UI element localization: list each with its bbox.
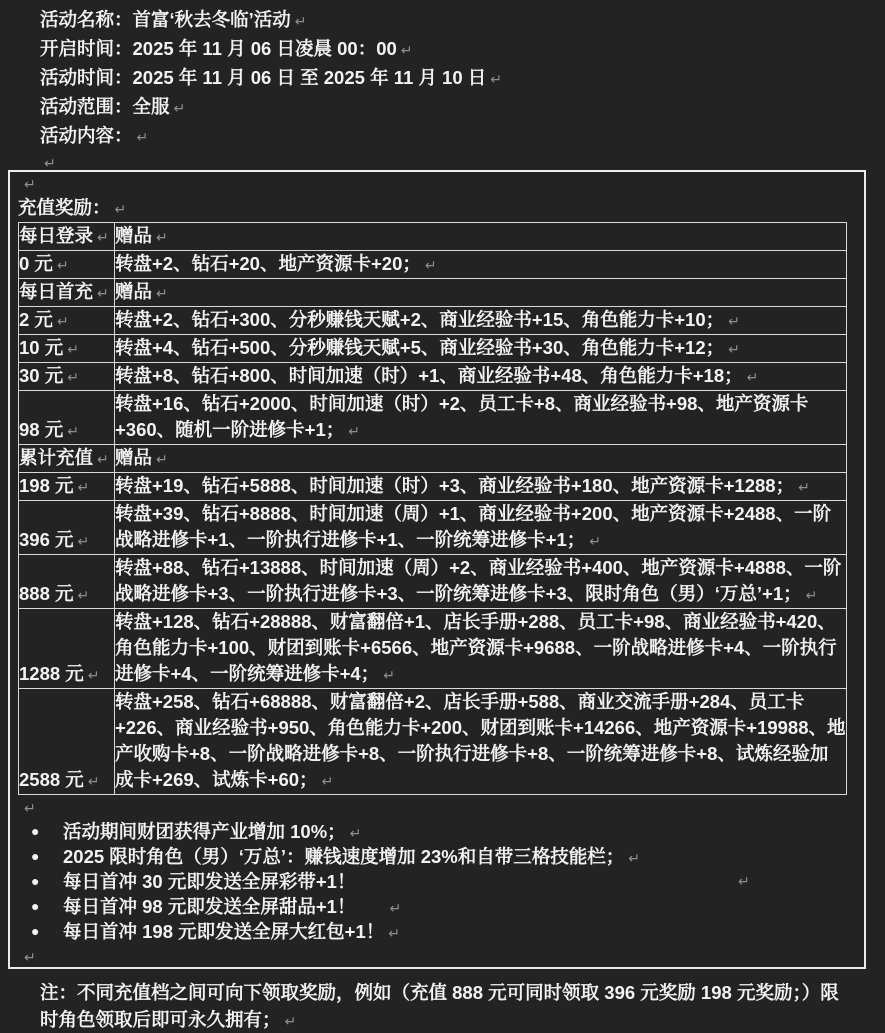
gift-cell: 赠品↵ xyxy=(115,223,847,251)
price-text: 累计充值 xyxy=(19,447,93,468)
table-row: 10 元↵转盘+4、钻石+500、分秒赚钱天赋+5、商业经验书+30、角色能力卡… xyxy=(19,335,847,363)
gift-text: 转盘+8、钻石+800、时间加速（时）+1、商业经验书+48、角色能力卡+18； xyxy=(115,365,743,386)
line-break-mark: ↵ xyxy=(388,925,400,941)
price-text: 1288 元 xyxy=(19,663,84,684)
line-break-mark: ↵ xyxy=(24,176,36,192)
bullet-icon: ● xyxy=(31,819,39,844)
price-text: 198 元 xyxy=(19,475,74,496)
bullet-icon: ● xyxy=(31,894,39,919)
line-break-mark: ↵ xyxy=(728,341,740,357)
empty-line: ↵ xyxy=(10,944,864,968)
line-break-mark: ↵ xyxy=(322,773,334,789)
header-line: 开启时间：2025 年 11 月 06 日凌晨 00：00↵ xyxy=(40,34,885,63)
line-break-mark: ↵ xyxy=(589,533,601,549)
line-break-mark: ↵ xyxy=(115,201,127,217)
price-cell: 累计充值↵ xyxy=(19,445,115,473)
content-box: ↵ 充值奖励：↵ 每日登录↵赠品↵0 元↵转盘+2、钻石+20、地产资源卡+20… xyxy=(8,170,866,969)
line-break-mark: ↵ xyxy=(348,423,360,439)
price-cell: 2 元↵ xyxy=(19,307,115,335)
price-text: 396 元 xyxy=(19,529,74,550)
price-cell: 396 元↵ xyxy=(19,501,115,555)
gift-text: 转盘+19、钻石+5888、时间加速（时）+3、商业经验书+180、地产资源卡+… xyxy=(115,475,794,496)
price-cell: 2588 元↵ xyxy=(19,689,115,795)
gift-cell: 转盘+128、钻石+28888、财富翻倍+1、店长手册+288、员工卡+98、商… xyxy=(115,609,847,689)
section-title: 充值奖励：↵ xyxy=(10,194,864,222)
header-block: 活动名称：首富‘秋去冬临’活动↵开启时间：2025 年 11 月 06 日凌晨 … xyxy=(0,0,885,174)
line-break-mark: ↵ xyxy=(137,129,149,145)
price-text: 30 元 xyxy=(19,365,63,386)
line-break-mark: ↵ xyxy=(174,100,186,116)
line-break-mark: ↵ xyxy=(97,229,109,245)
bullet-item: ●2025 限时角色（男）‘万总’：赚钱速度增加 23%和自带三格技能栏；↵ xyxy=(10,844,864,869)
bullet-text: 每日首冲 30 元即发送全屏彩带+1！ xyxy=(63,871,355,892)
line-break-mark: ↵ xyxy=(383,667,395,683)
table-row: 每日首充↵赠品↵ xyxy=(19,279,847,307)
rewards-table: 每日登录↵赠品↵0 元↵转盘+2、钻石+20、地产资源卡+20；↵每日首充↵赠品… xyxy=(18,222,847,795)
bullet-icon: ● xyxy=(31,844,39,869)
gift-text: 转盘+2、钻石+20、地产资源卡+20； xyxy=(115,253,421,274)
document-page: 活动名称：首富‘秋去冬临’活动↵开启时间：2025 年 11 月 06 日凌晨 … xyxy=(0,0,885,1033)
bullet-item: ●每日首冲 30 元即发送全屏彩带+1！↵ xyxy=(10,869,864,894)
line-break-mark: ↵ xyxy=(78,587,90,603)
line-break-mark: ↵ xyxy=(628,850,640,866)
table-row: 每日登录↵赠品↵ xyxy=(19,223,847,251)
header-line-text: 活动名称：首富‘秋去冬临’活动 xyxy=(40,9,291,30)
price-text: 888 元 xyxy=(19,583,74,604)
bullet-icon: ● xyxy=(31,919,39,944)
price-text: 10 元 xyxy=(19,337,63,358)
gift-text: 转盘+258、钻石+68888、财富翻倍+2、店长手册+588、商业交流手册+2… xyxy=(115,691,846,790)
bullet-text: 每日首冲 98 元即发送全屏甜品+1！ xyxy=(63,896,355,917)
gift-cell: 转盘+4、钻石+500、分秒赚钱天赋+5、商业经验书+30、角色能力卡+12；↵ xyxy=(115,335,847,363)
line-break-mark: ↵ xyxy=(67,341,79,357)
price-cell: 0 元↵ xyxy=(19,251,115,279)
gift-cell: 转盘+258、钻石+68888、财富翻倍+2、店长手册+588、商业交流手册+2… xyxy=(115,689,847,795)
line-break-mark: ↵ xyxy=(798,479,810,495)
line-break-mark: ↵ xyxy=(738,869,750,894)
header-line-text: 开启时间：2025 年 11 月 06 日凌晨 00：00 xyxy=(40,38,397,59)
line-break-mark: ↵ xyxy=(78,533,90,549)
gift-text: 转盘+88、钻石+13888、时间加速（周）+2、商业经验书+400、地产资源卡… xyxy=(115,557,841,604)
note: 注：不同充值档之间可向下领取奖励，例如（充值 888 元可同时领取 396 元奖… xyxy=(40,979,840,1033)
gift-cell: 转盘+8、钻石+800、时间加速（时）+1、商业经验书+48、角色能力卡+18；… xyxy=(115,363,847,391)
line-break-mark: ↵ xyxy=(285,1013,297,1029)
bullet-item: ●每日首冲 198 元即发送全屏大红包+1！↵ xyxy=(10,919,864,944)
line-break-mark: ↵ xyxy=(97,451,109,467)
line-break-mark: ↵ xyxy=(806,587,818,603)
header-line-text: 活动内容： xyxy=(40,125,133,146)
line-break-mark: ↵ xyxy=(389,900,401,916)
price-text: 2588 元 xyxy=(19,769,84,790)
table-row: 2 元↵转盘+2、钻石+300、分秒赚钱天赋+2、商业经验书+15、角色能力卡+… xyxy=(19,307,847,335)
line-break-mark: ↵ xyxy=(88,773,100,789)
bullet-item: ●每日首冲 98 元即发送全屏甜品+1！↵ xyxy=(10,894,864,919)
header-line-text: 活动范围：全服 xyxy=(40,96,170,117)
gift-text: 转盘+39、钻石+8888、时间加速（周）+1、商业经验书+200、地产资源卡+… xyxy=(115,503,831,550)
note-text: 注：不同充值档之间可向下领取奖励，例如（充值 888 元可同时领取 396 元奖… xyxy=(40,982,839,1030)
table-row: 0 元↵转盘+2、钻石+20、地产资源卡+20；↵ xyxy=(19,251,847,279)
bullet-text: 2025 限时角色（男）‘万总’：赚钱速度增加 23%和自带三格技能栏； xyxy=(63,846,624,867)
table-row: 2588 元↵转盘+258、钻石+68888、财富翻倍+2、店长手册+588、商… xyxy=(19,689,847,795)
gift-cell: 赠品↵ xyxy=(115,445,847,473)
line-break-mark: ↵ xyxy=(156,285,168,301)
price-cell: 每日登录↵ xyxy=(19,223,115,251)
line-break-mark: ↵ xyxy=(78,479,90,495)
gift-text: 转盘+4、钻石+500、分秒赚钱天赋+5、商业经验书+30、角色能力卡+12； xyxy=(115,337,724,358)
table-row: 累计充值↵赠品↵ xyxy=(19,445,847,473)
gift-text: 赠品 xyxy=(115,225,152,246)
section-title-text: 充值奖励： xyxy=(18,197,111,218)
price-text: 每日登录 xyxy=(19,225,93,246)
gift-cell: 转盘+39、钻石+8888、时间加速（周）+1、商业经验书+200、地产资源卡+… xyxy=(115,501,847,555)
header-line: 活动范围：全服↵ xyxy=(40,92,885,121)
price-cell: 1288 元↵ xyxy=(19,609,115,689)
line-break-mark: ↵ xyxy=(88,667,100,683)
table-row: 1288 元↵转盘+128、钻石+28888、财富翻倍+1、店长手册+288、员… xyxy=(19,609,847,689)
table-row: 888 元↵转盘+88、钻石+13888、时间加速（周）+2、商业经验书+400… xyxy=(19,555,847,609)
header-line: 活动名称：首富‘秋去冬临’活动↵ xyxy=(40,5,885,34)
table-row: 198 元↵转盘+19、钻石+5888、时间加速（时）+3、商业经验书+180、… xyxy=(19,473,847,501)
table-row: 98 元↵转盘+16、钻石+2000、时间加速（时）+2、员工卡+8、商业经验书… xyxy=(19,391,847,445)
gift-cell: 转盘+88、钻石+13888、时间加速（周）+2、商业经验书+400、地产资源卡… xyxy=(115,555,847,609)
line-break-mark: ↵ xyxy=(24,800,36,816)
line-break-mark: ↵ xyxy=(44,155,56,171)
price-text: 每日首充 xyxy=(19,281,93,302)
line-break-mark: ↵ xyxy=(156,229,168,245)
bullet-icon: ● xyxy=(31,869,39,894)
price-text: 2 元 xyxy=(19,309,53,330)
empty-line: ↵ xyxy=(10,172,864,194)
header-line: 活动时间：2025 年 11 月 06 日 至 2025 年 11 月 10 日… xyxy=(40,63,885,92)
line-break-mark: ↵ xyxy=(401,42,413,58)
line-break-mark: ↵ xyxy=(490,71,502,87)
line-break-mark: ↵ xyxy=(295,13,307,29)
gift-cell: 转盘+2、钻石+20、地产资源卡+20；↵ xyxy=(115,251,847,279)
price-text: 0 元 xyxy=(19,253,53,274)
rewards-table-body: 每日登录↵赠品↵0 元↵转盘+2、钻石+20、地产资源卡+20；↵每日首充↵赠品… xyxy=(19,223,847,795)
line-break-mark: ↵ xyxy=(156,451,168,467)
gift-cell: 转盘+19、钻石+5888、时间加速（时）+3、商业经验书+180、地产资源卡+… xyxy=(115,473,847,501)
price-cell: 198 元↵ xyxy=(19,473,115,501)
price-cell: 30 元↵ xyxy=(19,363,115,391)
gift-cell: 转盘+2、钻石+300、分秒赚钱天赋+2、商业经验书+15、角色能力卡+10；↵ xyxy=(115,307,847,335)
header-line-text: 活动时间：2025 年 11 月 06 日 至 2025 年 11 月 10 日 xyxy=(40,67,486,88)
line-break-mark: ↵ xyxy=(57,313,69,329)
bullet-text: 每日首冲 198 元即发送全屏大红包+1！ xyxy=(63,921,384,942)
gift-text: 赠品 xyxy=(115,447,152,468)
gift-cell: 赠品↵ xyxy=(115,279,847,307)
gift-text: 转盘+128、钻石+28888、财富翻倍+1、店长手册+288、员工卡+98、商… xyxy=(115,611,837,684)
price-text: 98 元 xyxy=(19,419,63,440)
price-cell: 888 元↵ xyxy=(19,555,115,609)
line-break-mark: ↵ xyxy=(24,949,36,965)
price-cell: 10 元↵ xyxy=(19,335,115,363)
gift-text: 赠品 xyxy=(115,281,152,302)
gift-cell: 转盘+16、钻石+2000、时间加速（时）+2、员工卡+8、商业经验书+98、地… xyxy=(115,391,847,445)
bullet-text: 活动期间财团获得产业增加 10%； xyxy=(63,821,346,842)
table-row: 30 元↵转盘+8、钻石+800、时间加速（时）+1、商业经验书+48、角色能力… xyxy=(19,363,847,391)
line-break-mark: ↵ xyxy=(425,257,437,273)
line-break-mark: ↵ xyxy=(97,285,109,301)
line-break-mark: ↵ xyxy=(350,825,362,841)
line-break-mark: ↵ xyxy=(728,313,740,329)
line-break-mark: ↵ xyxy=(747,369,759,385)
gift-text: 转盘+2、钻石+300、分秒赚钱天赋+2、商业经验书+15、角色能力卡+10； xyxy=(115,309,724,330)
table-row: 396 元↵转盘+39、钻石+8888、时间加速（周）+1、商业经验书+200、… xyxy=(19,501,847,555)
line-break-mark: ↵ xyxy=(57,257,69,273)
price-cell: 98 元↵ xyxy=(19,391,115,445)
bullet-item: ●活动期间财团获得产业增加 10%；↵ xyxy=(10,819,864,844)
empty-line: ↵ xyxy=(10,795,864,819)
line-break-mark: ↵ xyxy=(67,369,79,385)
price-cell: 每日首充↵ xyxy=(19,279,115,307)
bullet-list: ●活动期间财团获得产业增加 10%；↵●2025 限时角色（男）‘万总’：赚钱速… xyxy=(10,819,864,944)
header-line: 活动内容：↵ xyxy=(40,121,885,150)
gift-text: 转盘+16、钻石+2000、时间加速（时）+2、员工卡+8、商业经验书+98、地… xyxy=(115,393,808,440)
line-break-mark: ↵ xyxy=(67,423,79,439)
